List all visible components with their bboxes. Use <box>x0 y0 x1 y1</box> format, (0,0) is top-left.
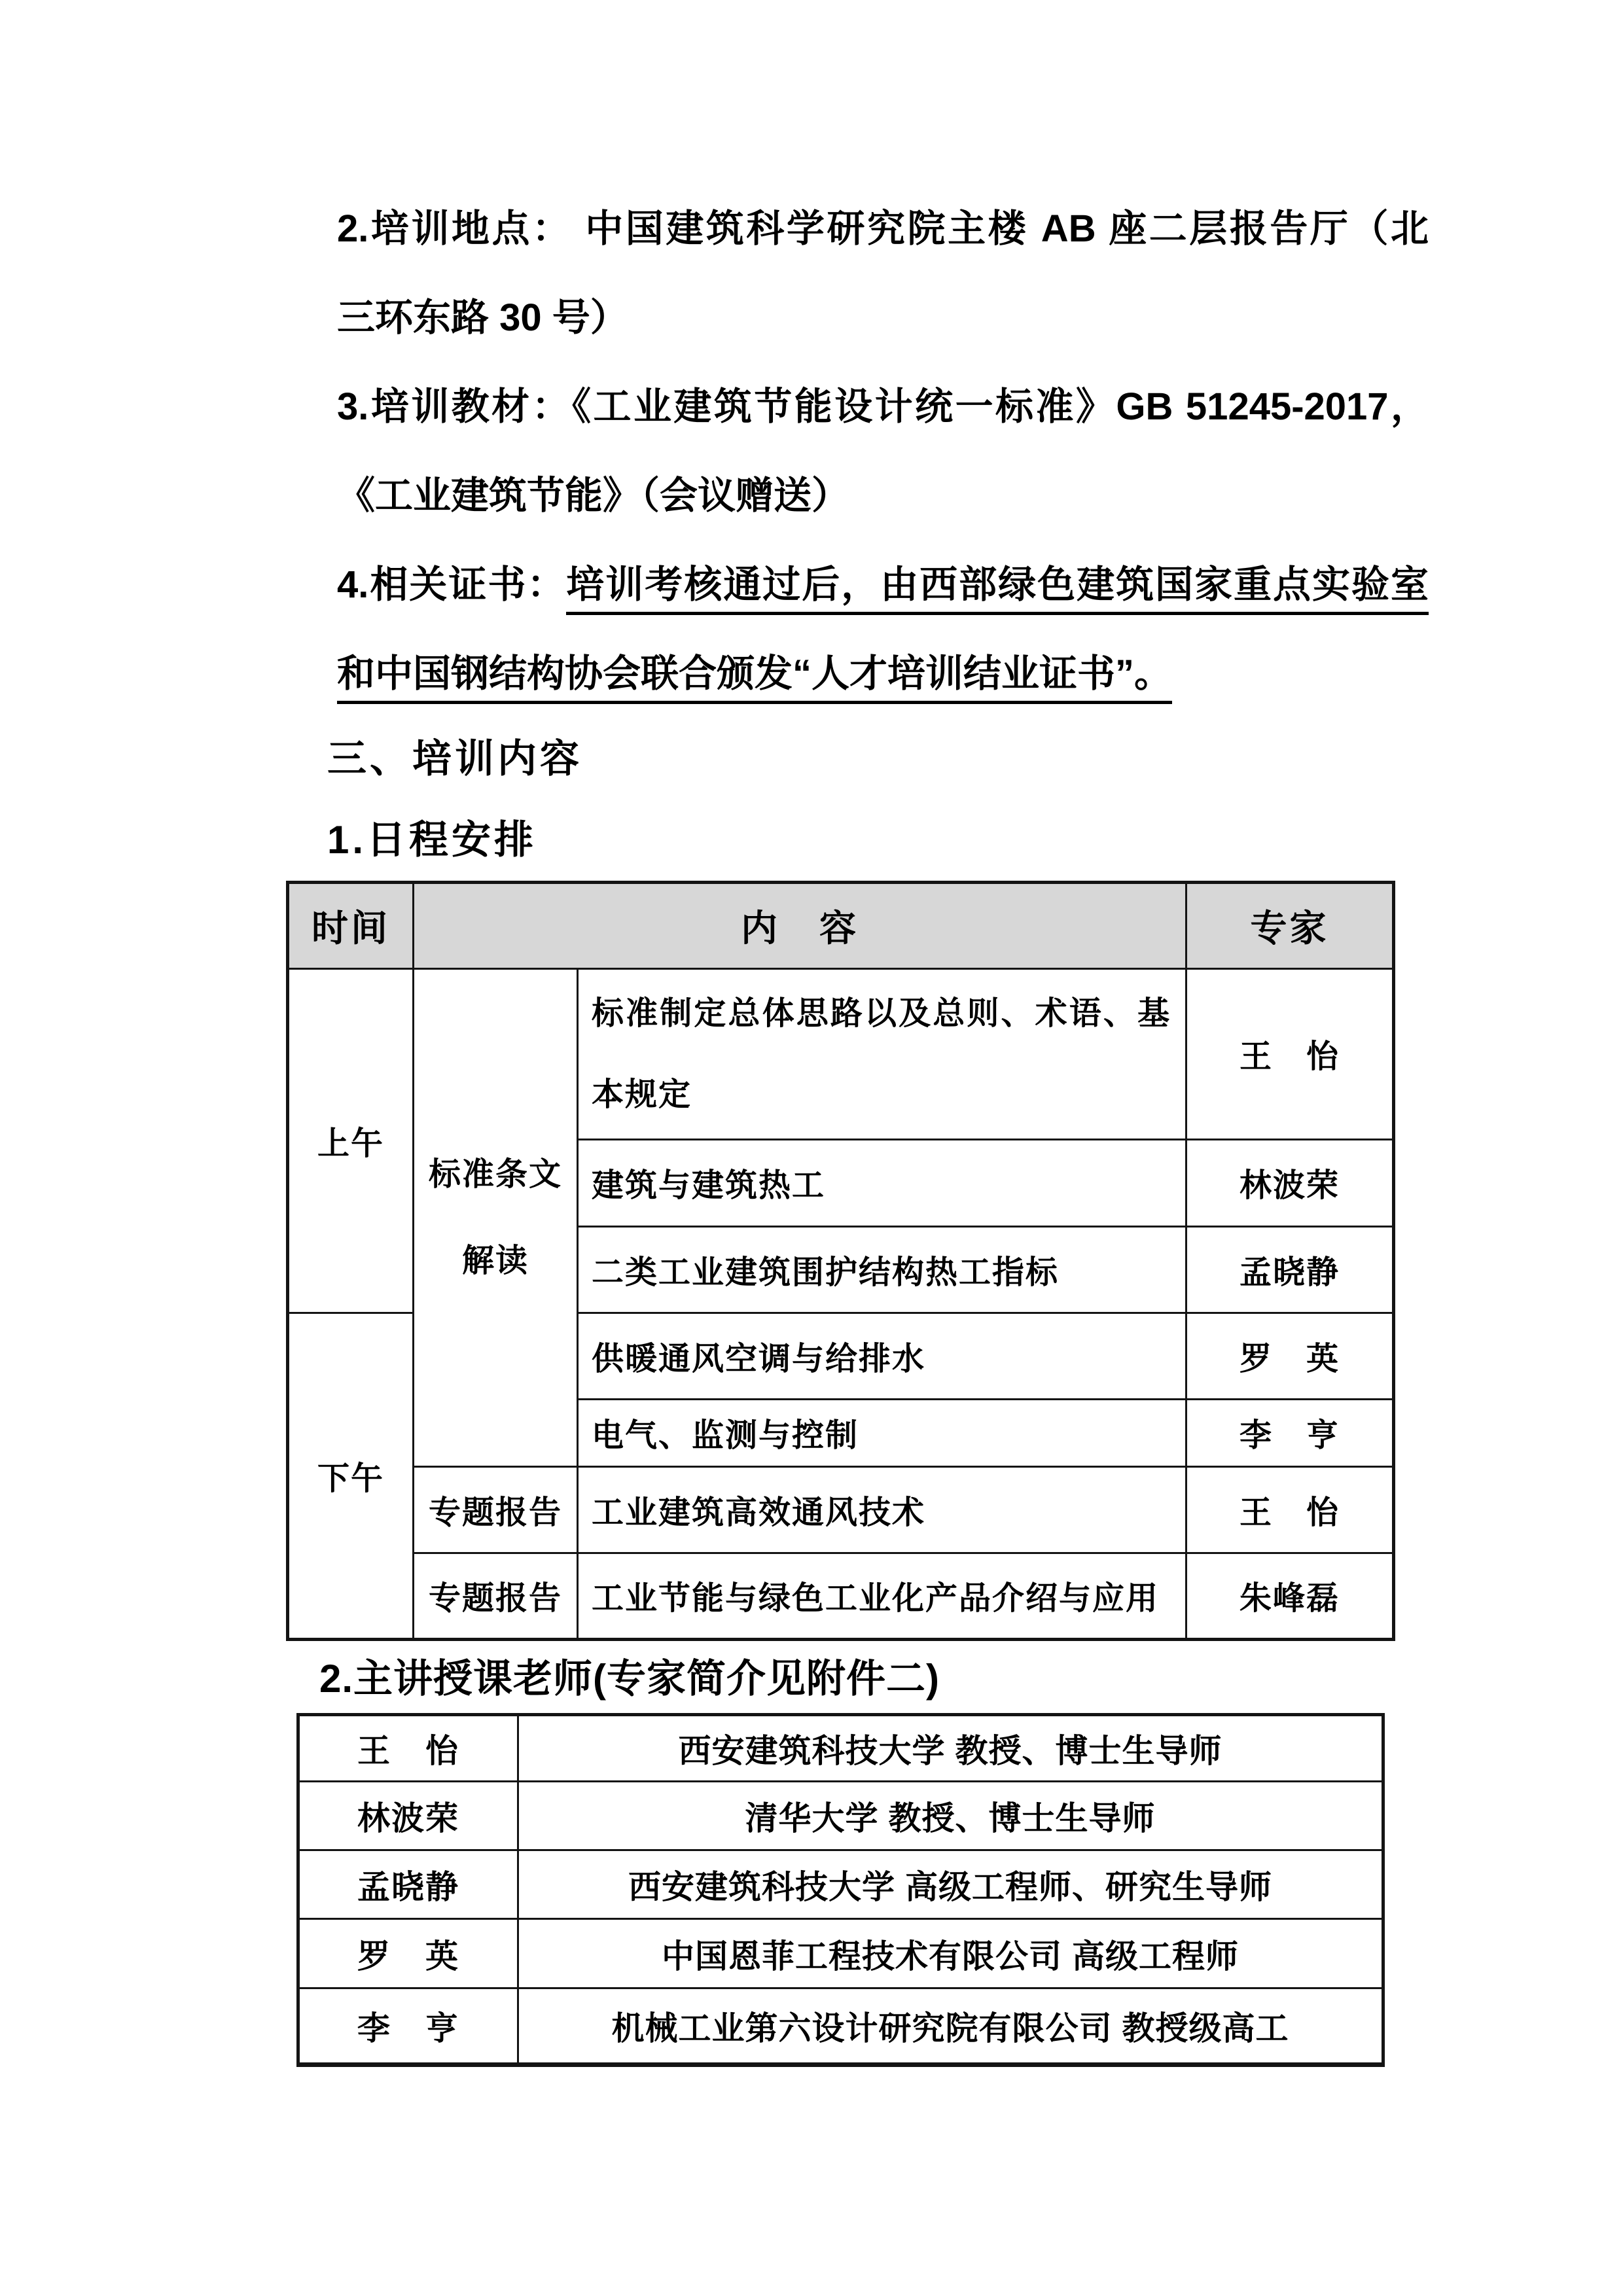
materials-label: 3.培训教材： <box>337 385 572 428</box>
teacher-title-4: 中国恩菲工程技术有限公司 高级工程师 <box>518 1919 1383 1988</box>
certificate-text-line-2-underlined: 和中国钢结构协会联合颁发“人才培训结业证书”。 <box>337 652 1172 704</box>
provisions-category-line-2: 解读 <box>414 1218 577 1304</box>
schedule-cell-expert-4: 罗 英 <box>1186 1313 1394 1400</box>
teacher-row-5: 李 亨 机械工业第六设计研究院有限公司 教授级高工 <box>298 1988 1383 2065</box>
schedule-header-expert: 专家 <box>1186 883 1394 969</box>
heading-teachers: 2.主讲授课老师(专家简介见附件二) <box>319 1645 1623 1713</box>
schedule-cell-category-7: 专题报告 <box>414 1553 578 1640</box>
schedule-cell-content-2: 建筑与建筑热工 <box>578 1140 1186 1227</box>
body-text-block: 2.培训地点： 中国建筑科学研究院主楼 AB 座二层报告厅（北 三环东路 30 … <box>0 0 1623 718</box>
teacher-title-2: 清华大学 教授、博士生导师 <box>518 1782 1383 1850</box>
schedule-header-time: 时间 <box>288 883 414 969</box>
schedule-cell-expert-3: 孟晓静 <box>1186 1227 1394 1313</box>
schedule-cell-expert-1: 王 怡 <box>1186 969 1394 1140</box>
teacher-name-5: 李 亨 <box>298 1988 518 2065</box>
paragraph-materials-line-2: 《工业建筑节能》（会议赠送） <box>337 451 1429 540</box>
teacher-name-2: 林波荣 <box>298 1782 518 1850</box>
teacher-row-1: 王 怡 西安建筑科技大学 教授、博士生导师 <box>298 1715 1383 1782</box>
paragraph-location-line-2: 三环东路 30 号） <box>337 274 1429 362</box>
location-text-line-1: 中国建筑科学研究院主楼 AB 座二层报告厅（北 <box>573 207 1429 250</box>
schedule-row-7: 专题报告 工业节能与绿色工业化产品介绍与应用 朱峰磊 <box>288 1553 1394 1640</box>
teacher-title-1: 西安建筑科技大学 教授、博士生导师 <box>518 1715 1383 1782</box>
content-1-line-2: 本规定 <box>592 1054 1171 1135</box>
paragraph-materials-line-1: 3.培训教材：《工业建筑节能设计统一标准》GB 51245-2017， <box>337 362 1429 451</box>
schedule-cell-afternoon: 下午 <box>288 1313 414 1640</box>
teacher-name-3: 孟晓静 <box>298 1850 518 1919</box>
schedule-row-1: 上午 标准条文解读 标准制定总体思路以及总则、术语、基本规定 王 怡 <box>288 969 1394 1140</box>
schedule-cell-content-5: 电气、监测与控制 <box>578 1400 1186 1467</box>
schedule-cell-category-6: 专题报告 <box>414 1467 578 1553</box>
teachers-table: 王 怡 西安建筑科技大学 教授、博士生导师 林波荣 清华大学 教授、博士生导师 … <box>296 1713 1385 2067</box>
teacher-name-4: 罗 英 <box>298 1919 518 1988</box>
provisions-category-line-1: 标准条文 <box>414 1131 577 1218</box>
teacher-title-3: 西安建筑科技大学 高级工程师、研究生导师 <box>518 1850 1383 1919</box>
schedule-cell-expert-7: 朱峰磊 <box>1186 1553 1394 1640</box>
schedule-cell-content-6: 工业建筑高效通风技术 <box>578 1467 1186 1553</box>
schedule-cell-content-7: 工业节能与绿色工业化产品介绍与应用 <box>578 1553 1186 1640</box>
schedule-cell-morning: 上午 <box>288 969 414 1313</box>
certificate-label: 4.相关证书： <box>337 563 566 606</box>
teacher-row-4: 罗 英 中国恩菲工程技术有限公司 高级工程师 <box>298 1919 1383 1988</box>
schedule-header-row: 时间 内 容 专家 <box>288 883 1394 969</box>
schedule-cell-expert-2: 林波荣 <box>1186 1140 1394 1227</box>
heading-schedule: 1.日程安排 <box>327 800 1623 881</box>
paragraph-certificate-line-1: 4.相关证书：培训考核通过后，由西部绿色建筑国家重点实验室 <box>337 540 1429 629</box>
schedule-cell-provisions-category: 标准条文解读 <box>414 969 578 1467</box>
teacher-title-5: 机械工业第六设计研究院有限公司 教授级高工 <box>518 1988 1383 2065</box>
schedule-cell-content-1: 标准制定总体思路以及总则、术语、基本规定 <box>578 969 1186 1140</box>
paragraph-location-line-1: 2.培训地点： 中国建筑科学研究院主楼 AB 座二层报告厅（北 <box>337 185 1429 274</box>
schedule-cell-content-4: 供暖通风空调与给排水 <box>578 1313 1186 1400</box>
schedule-header-content: 内 容 <box>414 883 1186 969</box>
certificate-text-line-1-underlined: 培训考核通过后，由西部绿色建筑国家重点实验室 <box>566 563 1429 615</box>
teacher-row-3: 孟晓静 西安建筑科技大学 高级工程师、研究生导师 <box>298 1850 1383 1919</box>
schedule-table: 时间 内 容 专家 上午 标准条文解读 标准制定总体思路以及总则、术语、基本规定… <box>286 881 1395 1641</box>
paragraph-certificate-line-2: 和中国钢结构协会联合颁发“人才培训结业证书”。 <box>337 629 1429 718</box>
location-label: 2.培训地点： <box>337 207 573 250</box>
location-text-line-2: 三环东路 30 号） <box>337 296 628 339</box>
heading-section-3-training-content: 三、培训内容 <box>327 718 1623 800</box>
document-page: 2.培训地点： 中国建筑科学研究院主楼 AB 座二层报告厅（北 三环东路 30 … <box>0 0 1623 2296</box>
schedule-cell-expert-6: 王 怡 <box>1186 1467 1394 1553</box>
materials-text-line-2: 《工业建筑节能》（会议赠送） <box>337 474 849 517</box>
materials-text-line-1: 《工业建筑节能设计统一标准》GB 51245-2017， <box>572 385 1429 428</box>
teacher-name-1: 王 怡 <box>298 1715 518 1782</box>
schedule-cell-expert-5: 李 亨 <box>1186 1400 1394 1467</box>
schedule-cell-content-3: 二类工业建筑围护结构热工指标 <box>578 1227 1186 1313</box>
schedule-row-6: 专题报告 工业建筑高效通风技术 王 怡 <box>288 1467 1394 1553</box>
content-1-line-1: 标准制定总体思路以及总则、术语、基 <box>592 973 1171 1054</box>
teacher-row-2: 林波荣 清华大学 教授、博士生导师 <box>298 1782 1383 1850</box>
